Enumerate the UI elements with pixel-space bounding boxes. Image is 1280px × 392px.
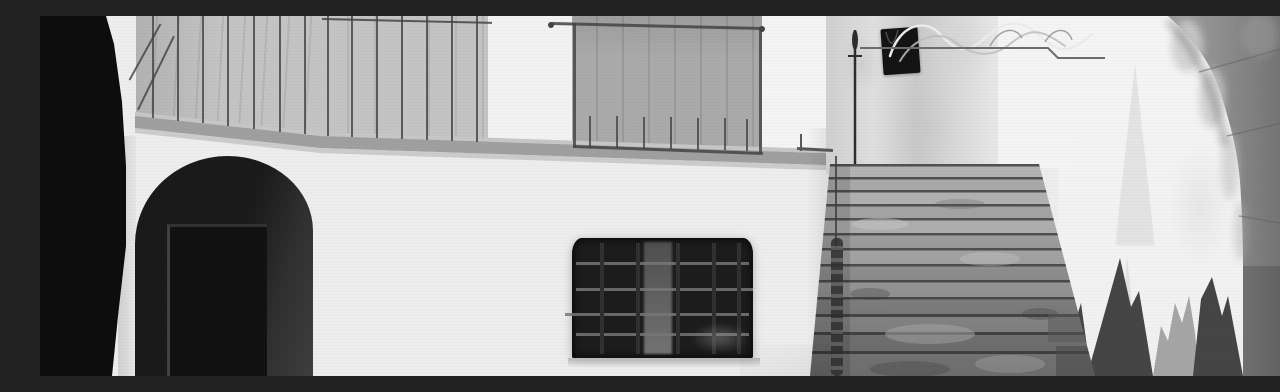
courtyard-photograph: Black-and-white photograph of an old cou… xyxy=(40,16,1280,376)
railing-bar xyxy=(376,16,378,138)
railing-bar xyxy=(327,16,329,136)
railing-end-post xyxy=(759,27,762,153)
grille-horizontal-bar xyxy=(565,313,749,316)
railing-bar xyxy=(401,16,403,139)
stair-foot-shadow xyxy=(740,344,832,376)
railing-bar xyxy=(227,16,229,126)
window-sill-shadow xyxy=(568,358,760,367)
railing-bar xyxy=(451,16,453,141)
arched-doorway xyxy=(135,156,313,376)
railing-baluster xyxy=(589,116,591,148)
railing-baluster xyxy=(616,116,618,148)
railing-bar xyxy=(351,16,353,137)
stair-iron-knotwork xyxy=(831,238,843,376)
railing-baluster xyxy=(746,119,748,151)
handrail-post xyxy=(800,134,802,151)
railing-baluster xyxy=(670,117,672,149)
stair-baluster xyxy=(835,156,837,248)
railing-end-post xyxy=(573,23,576,147)
railing-bar xyxy=(177,16,179,121)
stone-steps xyxy=(810,164,1095,376)
grille-vertical-bar xyxy=(600,243,604,354)
railing-bar xyxy=(253,16,255,129)
railing-anchor xyxy=(548,22,554,28)
railing-bar xyxy=(304,16,306,134)
grille-vertical-bar xyxy=(676,243,680,354)
window-mullion xyxy=(644,242,672,354)
railing-bar xyxy=(426,16,428,140)
railing-bar xyxy=(476,16,478,142)
grille-vertical-bar xyxy=(636,243,640,354)
railing-bar xyxy=(152,16,154,118)
barred-window xyxy=(572,238,753,358)
railing-baluster xyxy=(643,117,645,149)
inner-door xyxy=(167,224,267,376)
railing-bar xyxy=(279,16,281,132)
stone-archway xyxy=(1115,16,1280,376)
railing-baluster xyxy=(724,118,726,150)
railing-baluster xyxy=(697,118,699,150)
dark-vault-edge xyxy=(40,16,140,376)
railing-bar xyxy=(202,16,204,123)
